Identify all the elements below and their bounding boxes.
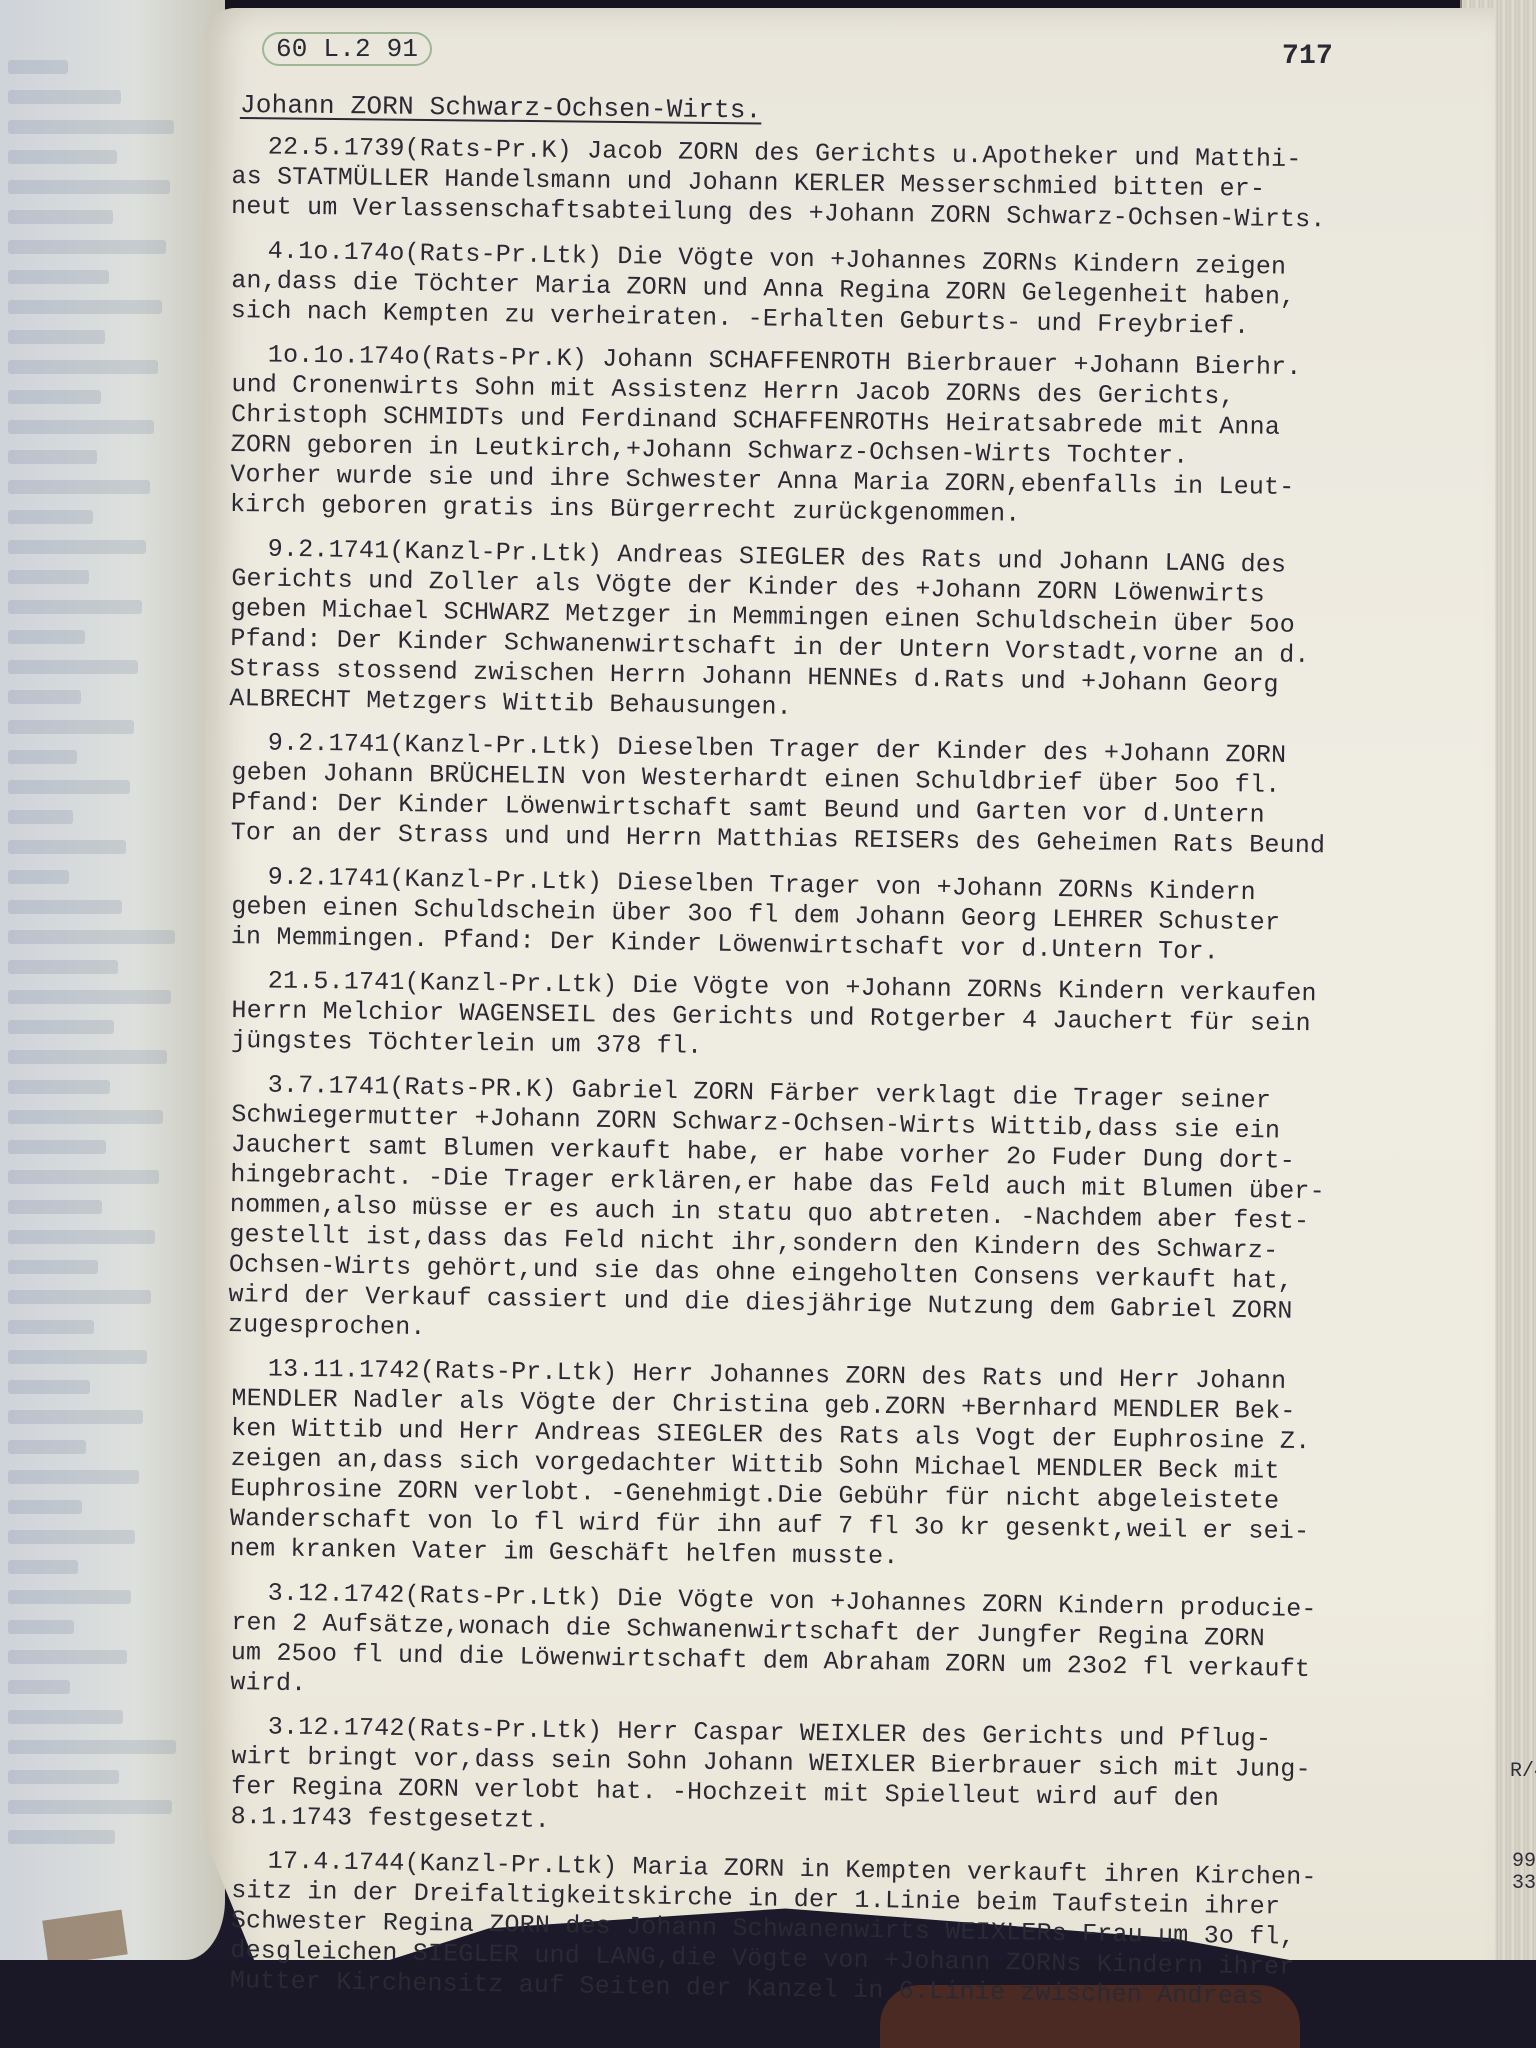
bleed-through-text bbox=[8, 1680, 70, 1694]
bleed-through-text bbox=[8, 870, 69, 884]
section-heading: Johann ZORN Schwarz-Ochsen-Wirts. bbox=[240, 90, 1462, 133]
bleed-through-text bbox=[8, 1530, 135, 1544]
page-content: 60 L.2 91 717 Johann ZORN Schwarz-Ochsen… bbox=[232, 30, 1462, 2010]
bleed-through-text bbox=[8, 1290, 151, 1304]
bleed-through-text bbox=[8, 1200, 102, 1214]
bleed-through-text bbox=[8, 390, 101, 404]
bleed-through-text bbox=[8, 600, 142, 614]
record-entry: 3.12.1742(Rats-Pr.Ltk) Herr Caspar WEIXL… bbox=[231, 1712, 1462, 1847]
record-entry: 3.12.1742(Rats-Pr.Ltk) Die Vögte von +Jo… bbox=[230, 1578, 1462, 1717]
bleed-through-text bbox=[8, 1170, 159, 1184]
bleed-through-text bbox=[8, 1770, 119, 1784]
bleed-through-text bbox=[8, 1380, 90, 1394]
bleed-through-text bbox=[8, 1140, 106, 1154]
bleed-through-text bbox=[8, 930, 175, 944]
bleed-through-text bbox=[8, 1740, 176, 1754]
bleed-through-text bbox=[8, 960, 118, 974]
bleed-through-text bbox=[8, 1230, 155, 1244]
bleed-through-text bbox=[8, 420, 154, 434]
record-entry: 9.2.1741(Kanzl-Pr.Ltk) Andreas SIEGLER d… bbox=[229, 534, 1462, 733]
bleed-through-text bbox=[8, 1830, 115, 1844]
record-entry: 22.5.1739(Rats-Pr.K) Jacob ZORN des Geri… bbox=[231, 132, 1462, 237]
bleed-through-text bbox=[8, 660, 138, 674]
bleed-through-text bbox=[8, 1500, 82, 1514]
bleed-through-text bbox=[8, 1710, 123, 1724]
bleed-through-text bbox=[8, 780, 130, 794]
bleed-through-text bbox=[8, 630, 85, 644]
bleed-through-text bbox=[8, 120, 174, 134]
bleed-through-text bbox=[8, 690, 81, 704]
edge-mark: 33/ bbox=[1512, 1872, 1536, 1895]
bleed-through-text bbox=[8, 1560, 78, 1574]
bleed-through-text bbox=[8, 1800, 172, 1814]
bleed-through-text bbox=[8, 150, 117, 164]
bleed-through-text bbox=[8, 840, 126, 854]
bleed-through-text bbox=[8, 1650, 127, 1664]
archive-reference: 60 L.2 91 bbox=[262, 32, 432, 66]
bleed-through-text bbox=[8, 1050, 167, 1064]
bleed-through-text bbox=[8, 1620, 74, 1634]
page-number: 717 bbox=[1282, 42, 1333, 72]
bleed-through-text bbox=[8, 90, 121, 104]
bleed-through-text bbox=[8, 180, 170, 194]
record-entry: 9.2.1741(Kanzl-Pr.Ltk) Dieselben Trager … bbox=[231, 862, 1462, 971]
record-entry: 3.7.1741(Rats-PR.K) Gabriel ZORN Färber … bbox=[228, 1070, 1462, 1359]
record-entry: 13.11.1742(Rats-Pr.Ltk) Herr Johannes ZO… bbox=[229, 1354, 1461, 1579]
entry-list: 22.5.1739(Rats-Pr.K) Jacob ZORN des Geri… bbox=[232, 132, 1462, 1996]
page-header: 60 L.2 91 717 bbox=[232, 30, 1462, 90]
bleed-through-text bbox=[8, 60, 68, 74]
bleed-through-text bbox=[8, 1080, 110, 1094]
bleed-through-text bbox=[8, 720, 134, 734]
bleed-through-text bbox=[8, 1320, 94, 1334]
bleed-through-text bbox=[8, 210, 113, 224]
bleed-through-text bbox=[8, 450, 97, 464]
edge-mark: R/4 bbox=[1510, 1760, 1536, 1783]
bleed-through-text bbox=[8, 270, 109, 284]
bleed-through-text bbox=[8, 1260, 98, 1274]
bleed-through-text bbox=[8, 480, 150, 494]
bleed-through-text bbox=[8, 810, 73, 824]
bleed-through-text bbox=[8, 1470, 139, 1484]
record-entry: 17.4.1744(Kanzl-Pr.Ltk) Maria ZORN in Ke… bbox=[230, 1846, 1462, 2015]
bleed-through-text bbox=[8, 1410, 143, 1424]
bleed-through-text bbox=[8, 1350, 147, 1364]
facing-page-left bbox=[0, 0, 225, 1960]
bleed-through-text bbox=[8, 240, 166, 254]
edge-mark: 99 bbox=[1512, 1850, 1536, 1873]
bleed-through-text bbox=[8, 1590, 131, 1604]
bleed-through-text bbox=[8, 1110, 163, 1124]
bleed-through-text bbox=[8, 570, 89, 584]
bleed-through-text bbox=[8, 900, 122, 914]
record-entry: 21.5.1741(Kanzl-Pr.Ltk) Die Vögte von +J… bbox=[231, 966, 1462, 1071]
bleed-through-text bbox=[8, 330, 105, 344]
bleed-through-text bbox=[8, 990, 171, 1004]
bleed-through-text bbox=[8, 540, 146, 554]
bleed-through-text bbox=[8, 360, 158, 374]
record-entry: 4.1o.174o(Rats-Pr.Ltk) Die Vögte von +Jo… bbox=[231, 236, 1462, 345]
bleed-through-text bbox=[8, 1020, 114, 1034]
bleed-through-text bbox=[8, 750, 77, 764]
bleed-through-text bbox=[8, 510, 93, 524]
bleed-through-text bbox=[8, 300, 162, 314]
bleed-through-text bbox=[8, 1440, 86, 1454]
record-entry: 1o.1o.174o(Rats-Pr.K) Johann SCHAFFENROT… bbox=[230, 340, 1462, 535]
record-entry: 9.2.1741(Kanzl-Pr.Ltk) Dieselben Trager … bbox=[231, 728, 1462, 863]
